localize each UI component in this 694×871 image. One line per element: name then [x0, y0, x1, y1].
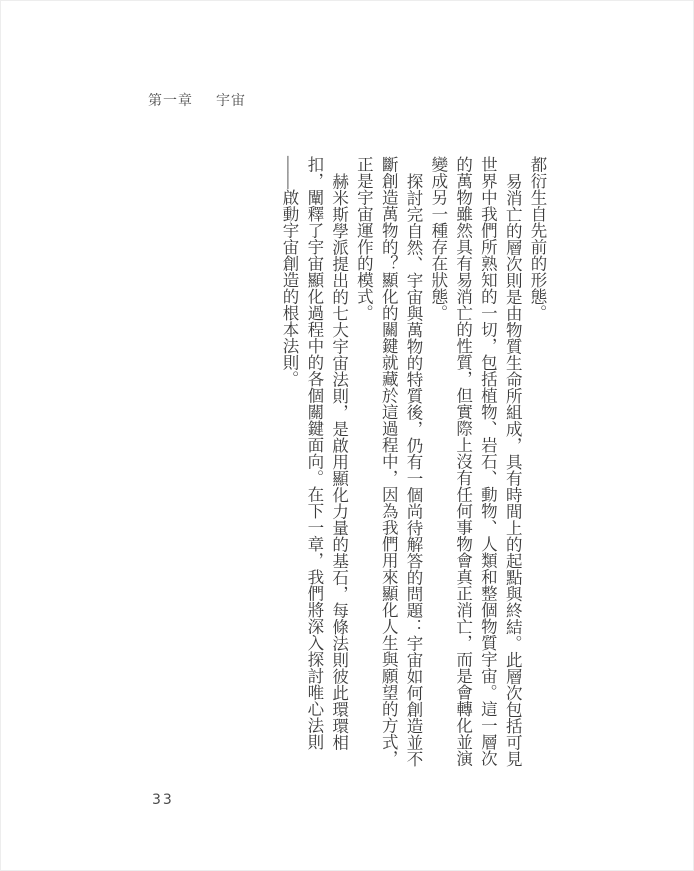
chapter-label: 第一章	[148, 90, 193, 110]
body-text-block: 都衍生自先前的形態。 易消亡的層次則是由物質生命所組成，具有時間上的起點與終結。…	[276, 156, 549, 769]
paragraph: 赫米斯學派提出的七大宇宙法則，是啟用顯化力量的基石，每條法則彼此環環相扣，闡釋了…	[276, 156, 350, 769]
chapter-header: 第一章 宇宙	[148, 90, 246, 110]
paragraph: 探討完自然、宇宙與萬物的特質後，仍有一個尚待解答的問題：宇宙如何創造並不斷創造萬…	[351, 156, 425, 769]
page-number: 33	[152, 792, 174, 808]
book-page: 第一章 宇宙 都衍生自先前的形態。 易消亡的層次則是由物質生命所組成，具有時間上…	[0, 0, 694, 871]
chapter-title: 宇宙	[216, 90, 246, 110]
paragraph-continuation: 都衍生自先前的形態。	[524, 156, 549, 769]
paragraph: 易消亡的層次則是由物質生命所組成，具有時間上的起點與終結。此層次包括可見世界中我…	[425, 156, 524, 769]
